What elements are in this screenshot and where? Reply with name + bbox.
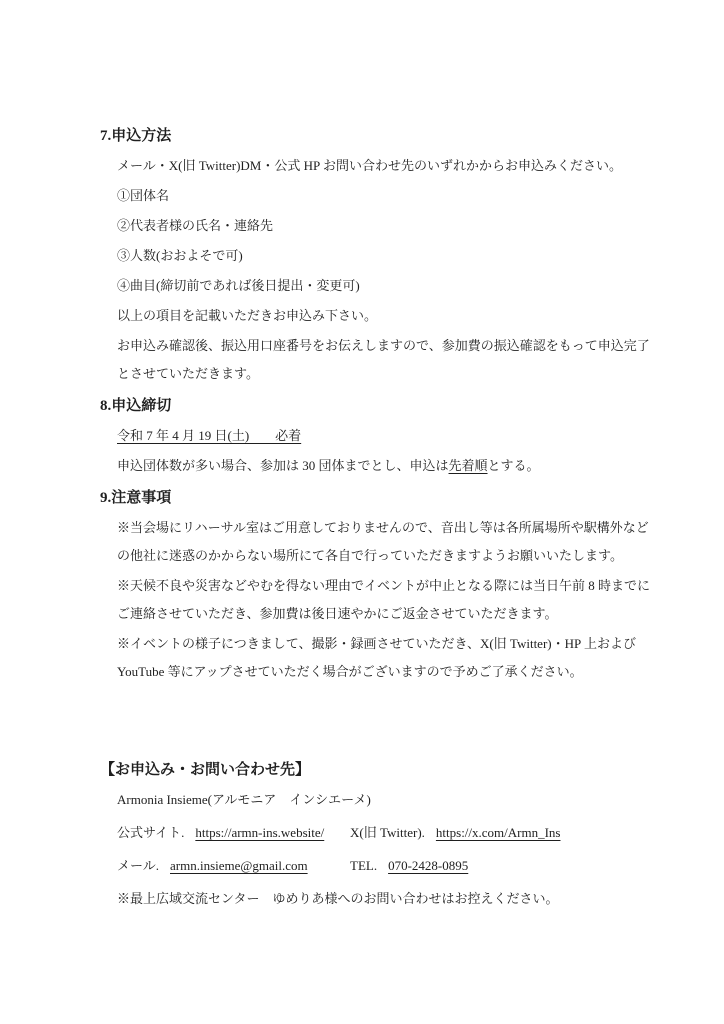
email-cell: メール. armn.insieme@gmail.com [117, 852, 350, 880]
contact-heading: 【お申込み・お問い合わせ先】 [100, 756, 704, 784]
required-item-2: ②代表者様の氏名・連絡先 [117, 212, 704, 240]
twitter-link[interactable]: https://x.com/Armn_Ins [436, 819, 561, 847]
caution-note-cancellation: ※天候不良や災害などやむを得ない理由でイベントが中止となる際には当日午前 8 時… [117, 572, 704, 628]
section-8-heading: 8.申込締切 [100, 392, 704, 420]
twitter-label: X(旧 Twitter). [350, 819, 425, 847]
application-method-intro: メール・X(旧 Twitter)DM・公式 HP お問い合わせ先のいずれかからお… [117, 152, 704, 180]
deadline-line: 令和 7 年 4 月 19 日(土) 必着 [117, 422, 704, 450]
email-label: メール. [117, 852, 159, 880]
twitter-cell: X(旧 Twitter). https://x.com/Armn_Ins [350, 819, 561, 847]
payment-confirmation-note: お申込み確認後、振込用口座番号をお伝えしますので、参加費の振込確認をもって申込完… [117, 332, 704, 388]
caution-note-recording: ※イベントの様子につきまして、撮影・録画させていただき、X(旧 Twitter)… [117, 630, 704, 686]
email-link[interactable]: armn.insieme@gmail.com [170, 852, 308, 880]
capacity-note-suffix: とする。 [488, 458, 540, 473]
application-instruction: 以上の項目を記載いただきお申込み下さい。 [117, 302, 704, 330]
section-cautions: 9.注意事項 ※当会場にリハーサル室はご用意しておりませんので、音出し等は各所属… [100, 484, 704, 686]
section-application-method: 7.申込方法 メール・X(旧 Twitter)DM・公式 HP お問い合わせ先の… [100, 122, 704, 388]
contact-section: 【お申込み・お問い合わせ先】 Armonia Insieme(アルモニア インシ… [100, 756, 704, 913]
first-come-first-served: 先着順 [449, 458, 488, 473]
required-item-1: ①団体名 [117, 182, 704, 210]
section-deadline: 8.申込締切 令和 7 年 4 月 19 日(土) 必着 申込団体数が多い場合、… [100, 392, 704, 480]
capacity-note-prefix: 申込団体数が多い場合、参加は 30 団体までとし、申込は [117, 458, 449, 473]
organization-name: Armonia Insieme(アルモニア インシエーメ) [117, 786, 704, 814]
website-label: 公式サイト. [117, 819, 184, 847]
tel-label: TEL. [350, 852, 377, 880]
section-9-heading: 9.注意事項 [100, 484, 704, 512]
website-link[interactable]: https://armn-ins.website/ [195, 819, 324, 847]
contact-caution-note: ※最上広域交流センター ゆめりあ様へのお問い合わせはお控えください。 [117, 885, 704, 913]
tel-cell: TEL. 070-2428-0895 [350, 852, 468, 880]
contact-links-row-1: 公式サイト. https://armn-ins.website/ X(旧 Twi… [117, 819, 704, 847]
deadline-date: 令和 7 年 4 月 19 日(土) 必着 [117, 428, 301, 443]
website-cell: 公式サイト. https://armn-ins.website/ [117, 819, 350, 847]
capacity-note: 申込団体数が多い場合、参加は 30 団体までとし、申込は先着順とする。 [117, 452, 704, 480]
caution-note-rehearsal: ※当会場にリハーサル室はご用意しておりませんので、音出し等は各所属場所や駅構外な… [117, 514, 704, 570]
document-page: 7.申込方法 メール・X(旧 Twitter)DM・公式 HP お問い合わせ先の… [0, 0, 724, 1024]
required-item-3: ③人数(おおよそで可) [117, 242, 704, 270]
contact-links-row-2: メール. armn.insieme@gmail.com TEL. 070-242… [117, 852, 704, 880]
section-7-heading: 7.申込方法 [100, 122, 704, 150]
tel-link[interactable]: 070-2428-0895 [388, 852, 468, 880]
required-item-4: ④曲目(締切前であれば後日提出・変更可) [117, 272, 704, 300]
